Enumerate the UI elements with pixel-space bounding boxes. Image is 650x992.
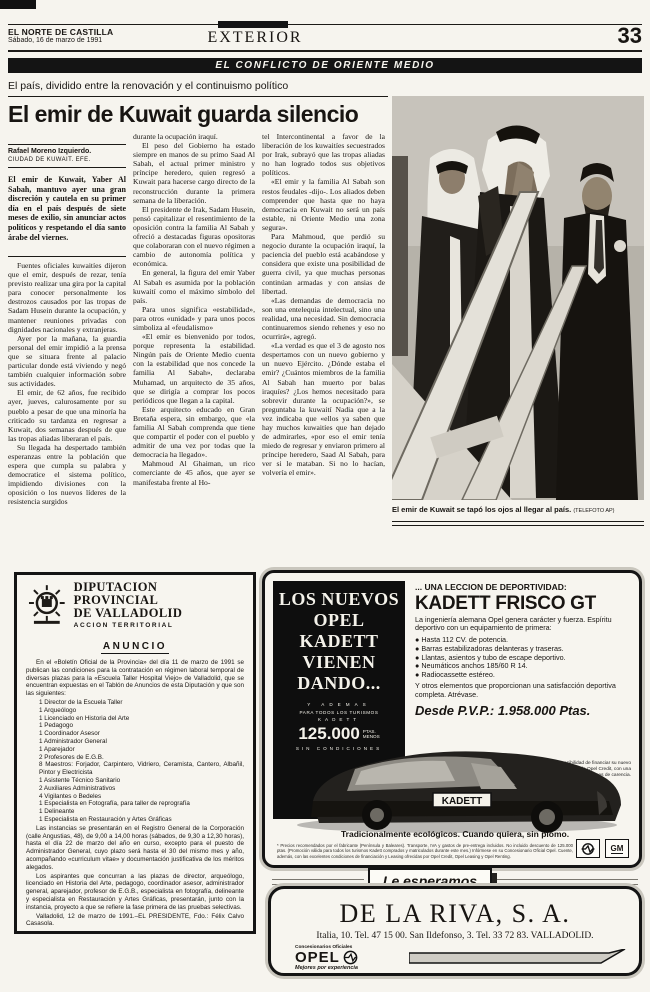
- discount-units: PTAS. MENOS: [363, 729, 380, 739]
- panel-ademas: Y ADEMAS: [273, 702, 405, 707]
- article-column-1: Fuentes oficiales kuwaitíes dijeron que …: [8, 261, 126, 560]
- list-item: 1 Administrador General: [39, 738, 244, 746]
- list-item: 1 Pedagogo: [39, 722, 244, 730]
- dealer-opel-badge: Concesionarios Oficiales OPEL Mejores po…: [295, 945, 358, 971]
- list-item: 1 Arqueólogo: [39, 707, 244, 715]
- column1-rule: [8, 256, 126, 257]
- header-top-rule: [8, 24, 642, 25]
- feature-text: Neumáticos anchos 185/60 R 14.: [421, 661, 527, 670]
- opel-lead-in: ... UNA LECCION DE DEPORTIVIDAD:: [415, 583, 637, 592]
- panel-headline-line: LOS NUEVOS: [273, 581, 405, 610]
- panel-headline-line: VIENEN: [273, 652, 405, 673]
- list-item: 1 Especialista en Fotografía, para talle…: [39, 800, 244, 808]
- list-item: 1 Director de la Escuela Taller: [39, 699, 244, 707]
- list-item: 1 Aparejador: [39, 746, 244, 754]
- list-item: 1 Asistente Técnico Sanitario: [39, 777, 244, 785]
- header-bottom-rule: [8, 50, 642, 52]
- list-item: 1 Especialista en Restauración y Artes G…: [39, 816, 244, 824]
- dealer-name: DE LA RIVA, S. A.: [271, 899, 639, 929]
- caption-text: El emir de Kuwait se tapó los ojos al ll…: [392, 505, 571, 514]
- svg-text:KADETT: KADETT: [442, 796, 483, 807]
- opel-ad-copy: ... UNA LECCION DE DEPORTIVIDAD: KADETT …: [415, 583, 637, 717]
- diputacion-title-block: DIPUTACION PROVINCIAL DE VALLADOLID ACCI…: [74, 581, 244, 629]
- standfirst: El país, dividido entre la renovación y …: [8, 80, 390, 92]
- paragraph: Su llegada ha despertado también esperan…: [8, 443, 126, 507]
- feature-item: ● Radiocassette estéreo.: [415, 671, 637, 680]
- paragraph: Fuentes oficiales kuwaitíes dijeron que …: [8, 261, 126, 334]
- anuncio-heading: ANUNCIO: [101, 641, 169, 654]
- paragraph: Para unos significa «estabilidad», para …: [133, 305, 255, 332]
- gm-logo-text: GM: [611, 844, 624, 854]
- banner-line-left: [272, 879, 364, 885]
- diputacion-header: DIPUTACION PROVINCIAL DE VALLADOLID ACCI…: [26, 581, 244, 629]
- dealer-ad: DE LA RIVA, S. A. Italia, 10. Tel. 47 15…: [268, 886, 642, 976]
- feature-text: Llantas, asientos y tubo de escape depor…: [421, 653, 565, 662]
- panel-kadett: KADETT: [273, 717, 405, 722]
- feature-text: Hasta 112 CV. de potencia.: [421, 635, 508, 644]
- paragraph: «La verdad es que el 3 de agosto nos des…: [262, 341, 385, 477]
- list-item: 8 Maestros: Forjador, Carpintero, Vidrie…: [39, 761, 244, 777]
- opel-blitz-icon: [576, 839, 600, 858]
- list-item: 1 Delineante: [39, 808, 244, 816]
- opel-kadett-ad: LOS NUEVOS OPEL KADETT VIENEN DANDO... Y…: [262, 570, 642, 868]
- diputacion-crest-icon: [26, 583, 68, 627]
- opel-blitz-icon: [343, 950, 358, 965]
- article-column-2: durante la ocupación iraquí. El peso del…: [133, 132, 255, 562]
- byline-rule-bottom: [8, 167, 126, 168]
- opel-feature-list: ● Hasta 112 CV. de potencia. ● Barras es…: [415, 636, 637, 680]
- paragraph: Ayer por la mañana, la guardia personal …: [8, 334, 126, 389]
- anuncio-body: En el «Boletín Oficial de la Provincia» …: [26, 659, 244, 928]
- paragraph: «El emir y la familia Al Sabah son resto…: [262, 177, 385, 232]
- list-item: 4 Vigilantes o Bedeles: [39, 793, 244, 801]
- dealer-address: Italia, 10. Tel. 47 15 00. San Ildefonso…: [271, 931, 639, 941]
- list-item: 2 Auxiliares Administrativos: [39, 785, 244, 793]
- diputacion-name-line2: DE VALLADOLID: [74, 607, 244, 620]
- anuncio-heading-wrap: ANUNCIO: [26, 636, 244, 654]
- photo-caption: El emir de Kuwait se tapó los ojos al ll…: [392, 505, 644, 514]
- panel-turismos: PARA TODOS LOS TURISMOS: [273, 710, 405, 715]
- paragraph: Mahmoud Al Ghaiman, un rico comerciante …: [133, 459, 255, 486]
- byline: Rafael Moreno Izquierdo.: [8, 148, 126, 155]
- section-marker-bar: [218, 21, 288, 28]
- dateline: CIUDAD DE KUWAIT. EFE.: [8, 157, 126, 163]
- article-lead: El emir de Kuwait, Yaber Al Sabah, mantu…: [8, 175, 126, 242]
- paragraph: El presidente de Irak, Sadam Husein, pen…: [133, 205, 255, 269]
- kicker-bar: EL CONFLICTO DE ORIENTE MEDIO: [8, 58, 642, 73]
- emir-photo: [392, 96, 644, 500]
- standfirst-rule: [8, 96, 388, 97]
- paragraph: «El emir es bienvenido por todos, porque…: [133, 332, 255, 405]
- photo-illustration: [392, 96, 644, 500]
- panel-headline-line: OPEL KADETT: [273, 610, 405, 652]
- scan-artifact: [0, 0, 36, 9]
- kadett-car-image: KADETT: [285, 739, 630, 835]
- anuncio-position-list: 1 Director de la Escuela Taller 1 Arqueó…: [39, 699, 244, 824]
- panel-headline-line: DANDO...: [273, 673, 405, 694]
- paragraph: Este arquitecto educado en Gran Bretaña …: [133, 405, 255, 460]
- opel-intro: La ingeniería alemana Opel genera caráct…: [415, 616, 637, 634]
- byline-rule-top: [8, 144, 126, 145]
- opel-outro: Y otros elementos que proporcionan una s…: [415, 682, 637, 700]
- section-title: EXTERIOR: [180, 29, 330, 47]
- paragraph: «Las demandas de democracia no son una e…: [262, 296, 385, 341]
- anuncio-signature: Valladolid, 12 de marzo de 1991.–EL PRES…: [26, 913, 244, 929]
- page-number: 33: [598, 23, 642, 49]
- list-item: 1 Coordinador Asesor: [39, 730, 244, 738]
- feature-text: Radiocassette estéreo.: [421, 670, 495, 679]
- gm-logo: GM: [605, 839, 629, 858]
- paragraph: tel Intercontinental a favor de la liber…: [262, 132, 385, 177]
- paragraph: durante la ocupación iraquí.: [133, 132, 255, 141]
- article-headline: El emir de Kuwait guarda silencio: [8, 101, 392, 127]
- diputacion-name-line1: DIPUTACION PROVINCIAL: [74, 581, 244, 607]
- opel-fine-print: * Precios recomendados por el fabricante…: [277, 843, 573, 859]
- paragraph: En general, la figura del emir Yaber Al …: [133, 268, 255, 304]
- opel-model-name: KADETT FRISCO GT: [415, 594, 637, 613]
- badge-line3: Mejores por experiencia: [295, 965, 358, 971]
- list-item: 1 Licenciado en Historia del Arte: [39, 715, 244, 723]
- anuncio-paragraph: En el «Boletín Oficial de la Provincia» …: [26, 659, 244, 698]
- issue-date: Sábado, 16 de marzo de 1991: [8, 37, 102, 44]
- badge-opel-row: OPEL: [295, 950, 358, 965]
- anuncio-paragraph: Los aspirantes que concurran a las plaza…: [26, 873, 244, 912]
- diputacion-ad: DIPUTACION PROVINCIAL DE VALLADOLID ACCI…: [14, 572, 256, 934]
- badge-opel-text: OPEL: [295, 951, 340, 965]
- banner-line-right: [492, 879, 638, 885]
- article-column-3: tel Intercontinental a favor de la liber…: [262, 132, 385, 562]
- opel-logo-group: GM: [576, 839, 629, 858]
- diputacion-subtitle: ACCION TERRITORIAL: [74, 622, 244, 629]
- caption-bottom-rule: [392, 521, 644, 526]
- paragraph: El peso del Gobierno ha estado siempre e…: [133, 141, 255, 205]
- newspaper-page: EL NORTE DE CASTILLA Sábado, 16 de marzo…: [0, 0, 650, 992]
- dealer-frame-flourish: [409, 949, 631, 965]
- feature-text: Barras estabilizadoras delanteras y tras…: [421, 644, 563, 653]
- paragraph: El emir, de 62 años, fue recibido ayer, …: [8, 388, 126, 443]
- paper-name: EL NORTE DE CASTILLA: [8, 27, 113, 37]
- car-illustration: KADETT: [285, 739, 630, 835]
- opel-price: Desde P.V.P.: 1.958.000 Ptas.: [415, 704, 637, 717]
- anuncio-paragraph: Las instancias se presentarán en el Regi…: [26, 825, 244, 872]
- paragraph: Para Mahmoud, que perdió su negocio dura…: [262, 232, 385, 296]
- list-item: 2 Profesores de E.G.B.: [39, 754, 244, 762]
- caption-credit: (TELEFOTO AP): [573, 508, 614, 514]
- opel-tagline: Tradicionalmente ecológicos. Cuando quie…: [305, 829, 605, 839]
